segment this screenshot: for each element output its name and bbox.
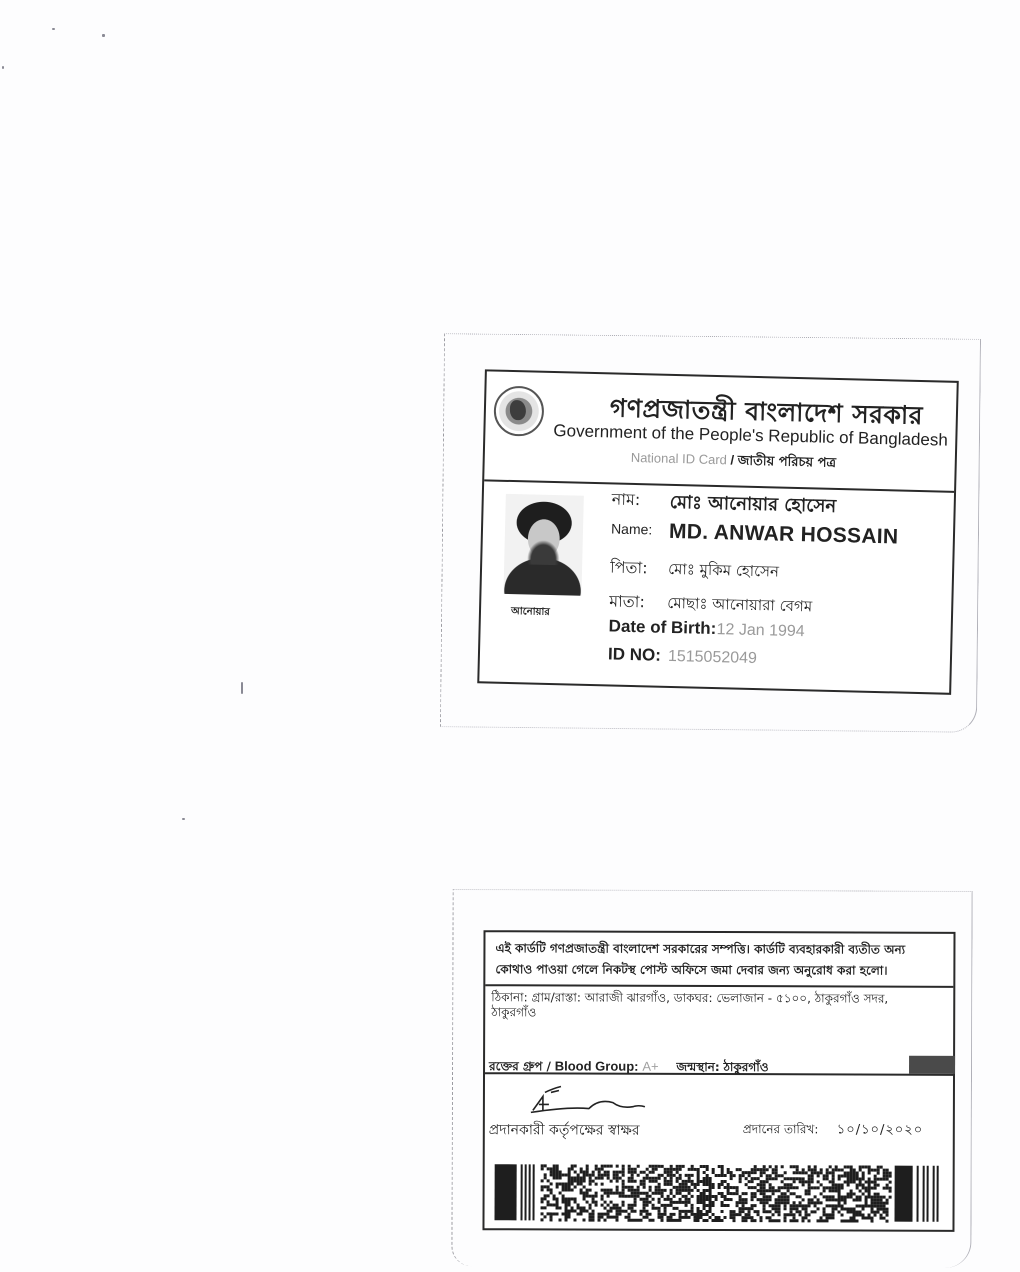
scan-speck [2,66,4,69]
name-en-value: MD. ANWAR HOSSAIN [669,520,899,550]
subtitle-separator: / [730,452,734,467]
father-label: পিতা: [610,554,648,582]
signature-label: প্রদানকারী কর্তৃপক্ষের স্বাক্ষর [489,1118,640,1143]
pdf417-barcode-icon [492,1162,942,1224]
card-header: গণপ্রজাতন্ত্রী বাংলাদেশ সরকার Government… [484,371,957,492]
holder-signature: আনোয়ার [511,604,550,622]
id-number-value: 1515052049 [668,648,757,668]
birthplace-label: জন্মস্থান: [676,1060,719,1074]
id-card-front-sheet: গণপ্রজাতন্ত্রী বাংলাদেশ সরকার Government… [440,333,981,733]
address: ঠিকানা: গ্রাম/রাস্তা: আরাজী ঝারগাঁও, ডাক… [491,990,931,1022]
issue-date-label: প্রদানের তারিখ: [743,1121,819,1141]
blood-group-label-bn: রক্তের গ্রুপ / [489,1059,551,1073]
government-seal-icon [493,386,544,437]
scan-speck [102,34,105,37]
blood-group-value: A+ [642,1059,658,1074]
id-card-front: গণপ্রজাতন্ত্রী বাংলাদেশ সরকার Government… [477,369,959,694]
scan-speck [182,818,185,820]
blood-group-label-en: Blood Group: [555,1058,639,1073]
scan-speck [241,682,243,694]
hologram-patch [909,1056,955,1074]
card-subtitle: National ID Card / জাতীয় পরিচয় পত্র [631,449,837,475]
id-label: ID NO: [608,644,661,665]
scan-speck [52,28,55,30]
name-en-label: Name: [611,520,653,537]
authority-signature-icon [529,1084,649,1114]
birthplace-value: ঠাকুরগাঁও [723,1060,768,1074]
dob-value: 12 Jan 1994 [716,621,804,641]
mother-value: মোছাঃ আনোয়ারা বেগম [667,592,813,621]
address-block: ঠিকানা: গ্রাম/রাস্তা: আরাজী ঝারগাঁও, ডাক… [485,986,953,1076]
signature-block: প্রদানকারী কর্তৃপক্ষের স্বাক্ষর প্রদানের… [485,1074,953,1152]
mother-label: মাতা: [609,588,645,616]
issue-date-value: ১০/১০/২০২০ [837,1120,923,1141]
subtitle-bengali: জাতীয় পরিচয় পত্র [738,454,837,471]
name-bn-value: মোঃ আনোয়ার হোসেন [669,488,836,523]
id-card-back-sheet: এই কার্ডটি গণপ্রজাতন্ত্রী বাংলাদেশ সরকার… [451,889,972,1268]
address-label: ঠিকানা: [491,990,527,1004]
address-value: গ্রাম/রাস্তা: আরাজী ঝারগাঁও, ডাকঘর: ভেলা… [491,990,888,1019]
portrait-photo [503,494,583,596]
name-bn-label: নাম: [611,486,640,514]
id-card-back: এই কার্ডটি গণপ্রজাতন্ত্রী বাংলাদেশ সরকার… [482,930,955,1232]
father-value: মোঃ মুকিম হোসেন [668,558,780,586]
dob-label: Date of Birth: [608,616,716,639]
ownership-notice: এই কার্ডটি গণপ্রজাতন্ত্রী বাংলাদেশ সরকার… [485,932,953,988]
subtitle-english: National ID Card [631,450,727,467]
